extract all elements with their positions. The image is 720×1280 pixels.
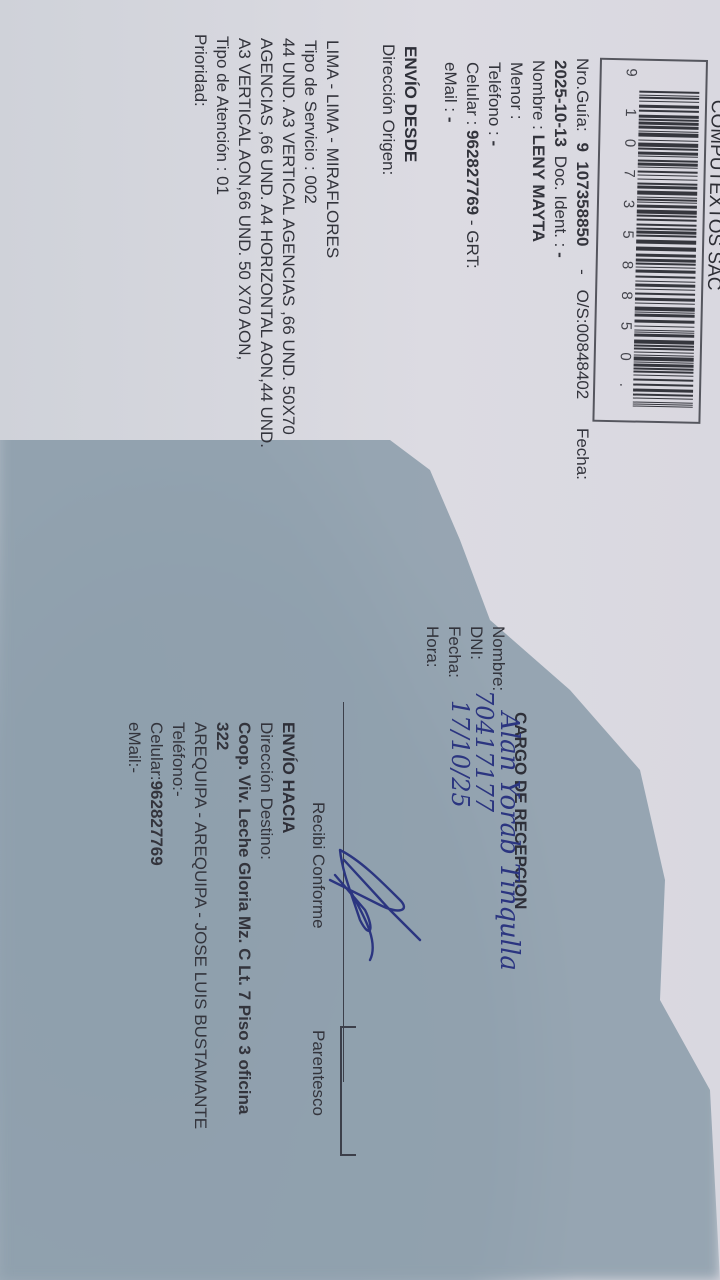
barcode-digit: 8	[619, 261, 636, 270]
shipment-description-line-2: AGENCIAS ,66 UND. A4 HORIZONTAL AON,44 U…	[256, 38, 276, 448]
menor-label: Menor :	[506, 62, 526, 120]
service-type: Tipo de Servicio : 002	[300, 40, 320, 204]
sender-name-label: Nombre :	[529, 60, 548, 130]
received-ok-label: Recibi Conforme	[308, 802, 328, 929]
recipient-time-label: Hora:	[422, 626, 442, 668]
os-value: 00848402	[573, 324, 592, 400]
destination-location: AREQUIPA - AREQUIPA - JOSE LUIS BUSTAMAN…	[190, 722, 210, 1129]
sender-mobile-label: Celular :	[463, 62, 482, 125]
recipient-name-label: Nombre:	[488, 626, 508, 691]
doc-ident-value: -	[551, 252, 570, 258]
destination-section-title: ENVÍO HACIA	[278, 722, 298, 833]
delivery-receipt-document: COMPUTEXTOS SAC 9107358850. Nro.Guía: 9 …	[0, 0, 720, 1280]
destination-mobile-value: 962827769	[147, 781, 166, 866]
handwritten-recipient-date: 17/10/25	[446, 700, 474, 808]
destination-address-line-1: Coop. Viv. Leche Gloria Mz. C Lt. 7 Piso…	[234, 722, 254, 1114]
origin-location: LIMA - LIMA - MIRAFLORES	[322, 40, 342, 258]
date-row: 2025-10-13 Doc. Ident. : -	[550, 60, 570, 258]
destination-address-line-2: 322	[212, 722, 232, 750]
sender-mobile-row: Celular : 962827769 - GRT:	[462, 62, 482, 269]
handwritten-recipient-name: Alan Yorab Tinqulla	[494, 712, 524, 971]
sender-name-row: Nombre : LENY MAYTA	[528, 60, 548, 242]
attention-type: Tipo de Atención : 01	[212, 36, 232, 195]
shipment-description-line-1: 44 UND. A3 VERTICAL AGENCIAS ,66 UND. 50…	[278, 38, 298, 435]
handwritten-recipient-dni: 70417177	[470, 690, 498, 812]
destination-email: eMail:-	[124, 722, 144, 773]
recipient-dni-label: DNI:	[466, 626, 486, 660]
destination-phone: Teléfono:-	[168, 722, 188, 797]
barcode-digit: 5	[617, 322, 634, 331]
sender-email-label: eMail :	[441, 62, 460, 112]
barcode-digit: 3	[620, 200, 637, 209]
recipient-date-label: Fecha:	[444, 626, 464, 678]
barcode-digit: 0	[617, 352, 634, 361]
sender-phone-value: -	[485, 140, 504, 146]
date-value: 2025-10-13	[551, 60, 570, 147]
shipment-description-line-3: A3 VERTICAL AON,66 UND. 50 X70 AON,	[234, 38, 254, 360]
barcode-bars	[633, 91, 700, 412]
priority-label: Prioridad:	[190, 34, 210, 107]
barcode-digit: 9	[623, 68, 640, 77]
destination-mobile-row: Celular:962827769	[146, 722, 166, 866]
guide-number-label: Nro.Guía:	[573, 58, 592, 132]
sender-mobile-value: 962827769	[463, 130, 482, 215]
origin-section-title: ENVÍO DESDE	[400, 46, 420, 162]
origin-address-label: Dirección Origen:	[378, 44, 398, 175]
destination-address-label: Dirección Destino:	[256, 722, 276, 860]
sender-name-value: LENY MAYTA	[529, 135, 548, 242]
doc-ident-label: Doc. Ident. :	[551, 156, 570, 248]
guide-number-value: 9 107358850	[573, 142, 592, 246]
sender-email-value: -	[441, 117, 460, 123]
relationship-label: Parentesco	[308, 1030, 328, 1116]
barcode-digit: 1	[622, 108, 639, 117]
barcode-digit: 7	[621, 169, 638, 178]
sender-phone-row: Teléfono : -	[484, 62, 504, 146]
guide-number-row: Nro.Guía: 9 107358850 - O/S:00848402 Fec…	[572, 58, 592, 480]
sender-phone-label: Teléfono :	[485, 62, 504, 136]
barcode-digit: 8	[618, 291, 635, 300]
date-label: Fecha:	[573, 428, 592, 480]
barcode-digit: 0	[621, 139, 638, 148]
relationship-bracket	[340, 1026, 356, 1156]
barcode: 9107358850.	[592, 58, 708, 424]
barcode-digit: .	[616, 383, 633, 388]
sender-email-row: eMail : -	[440, 62, 460, 122]
barcode-digit: 5	[619, 230, 636, 239]
destination-mobile-label: Celular:	[147, 722, 166, 781]
grt-label: - GRT:	[463, 220, 482, 269]
os-separator: -	[573, 269, 592, 275]
os-label: O/S:	[573, 290, 592, 324]
